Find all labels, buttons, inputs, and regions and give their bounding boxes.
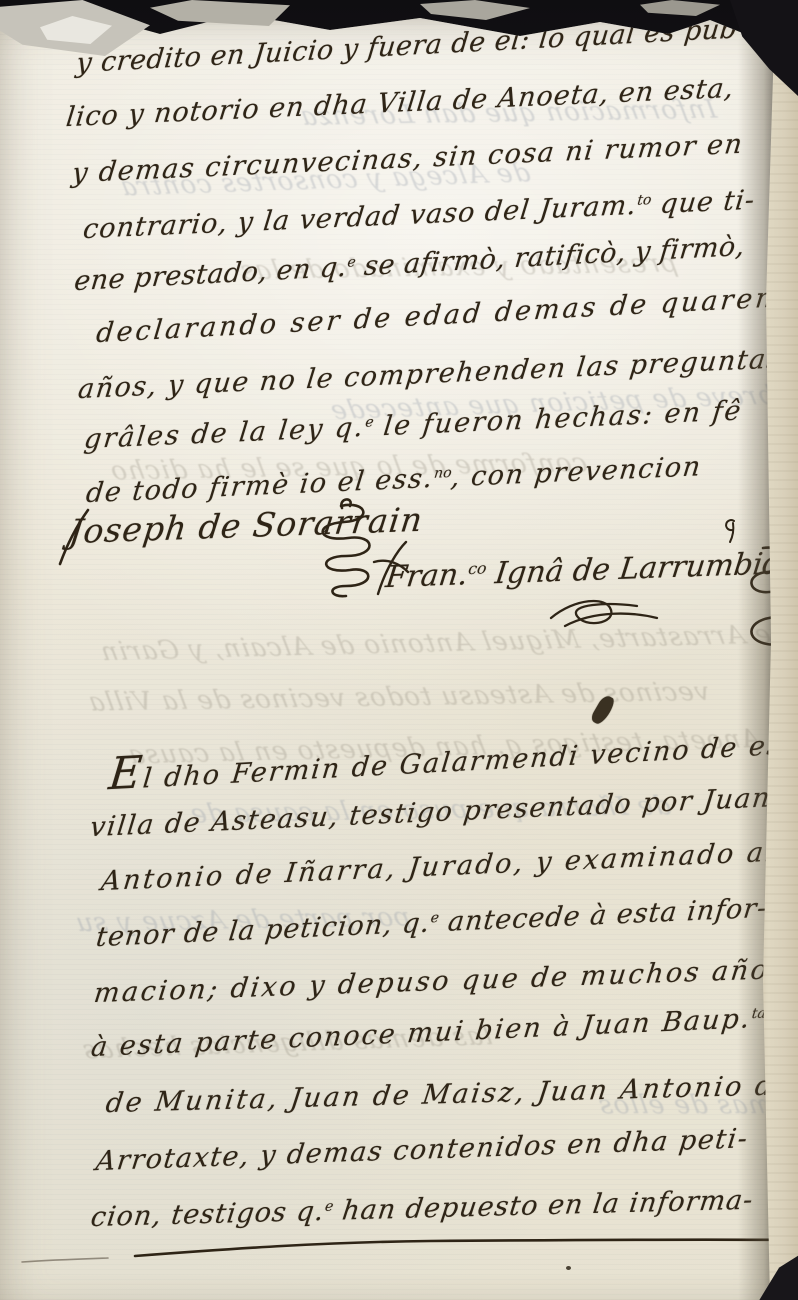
manuscript-page: Informacion que dan Lorenzade Alcega y c…	[0, 0, 798, 1300]
torn-paper-fragment	[640, 0, 720, 16]
torn-paper-fragment	[150, 0, 290, 26]
manuscript-line: à esta parte conoce mui bien à Juan Baup…	[89, 1003, 767, 1064]
manuscript-line: Arrotaxte, y demas contenidos en dha pet…	[94, 1123, 750, 1177]
manuscript-line: cion, testigos q.e han depuesto en la in…	[89, 1185, 756, 1233]
bleedthrough-line: vecinos de Asteasu todos vecinos de la V…	[85, 677, 711, 718]
manuscript-line: tenor de la peticion, q.e antecede à est…	[94, 893, 769, 953]
bleedthrough-line: de Arrastarte, Miguel Antonio de Alcain,…	[97, 619, 790, 667]
manuscript-line: y credito en Juicio y fuera de el: lo qu…	[75, 13, 749, 79]
manuscript-line: declarando ser de edad demas de quarenta	[95, 281, 798, 350]
closing-rule-line	[0, 1230, 798, 1276]
manuscript-line: macion; dixo y depuso que de muchos años	[92, 954, 788, 1009]
larrumbide-underline-loops-icon	[545, 594, 675, 636]
torn-paper-fragment	[420, 0, 530, 20]
manuscript-line: Antonio de Iñarra, Jurado, y examinado a…	[99, 837, 778, 898]
